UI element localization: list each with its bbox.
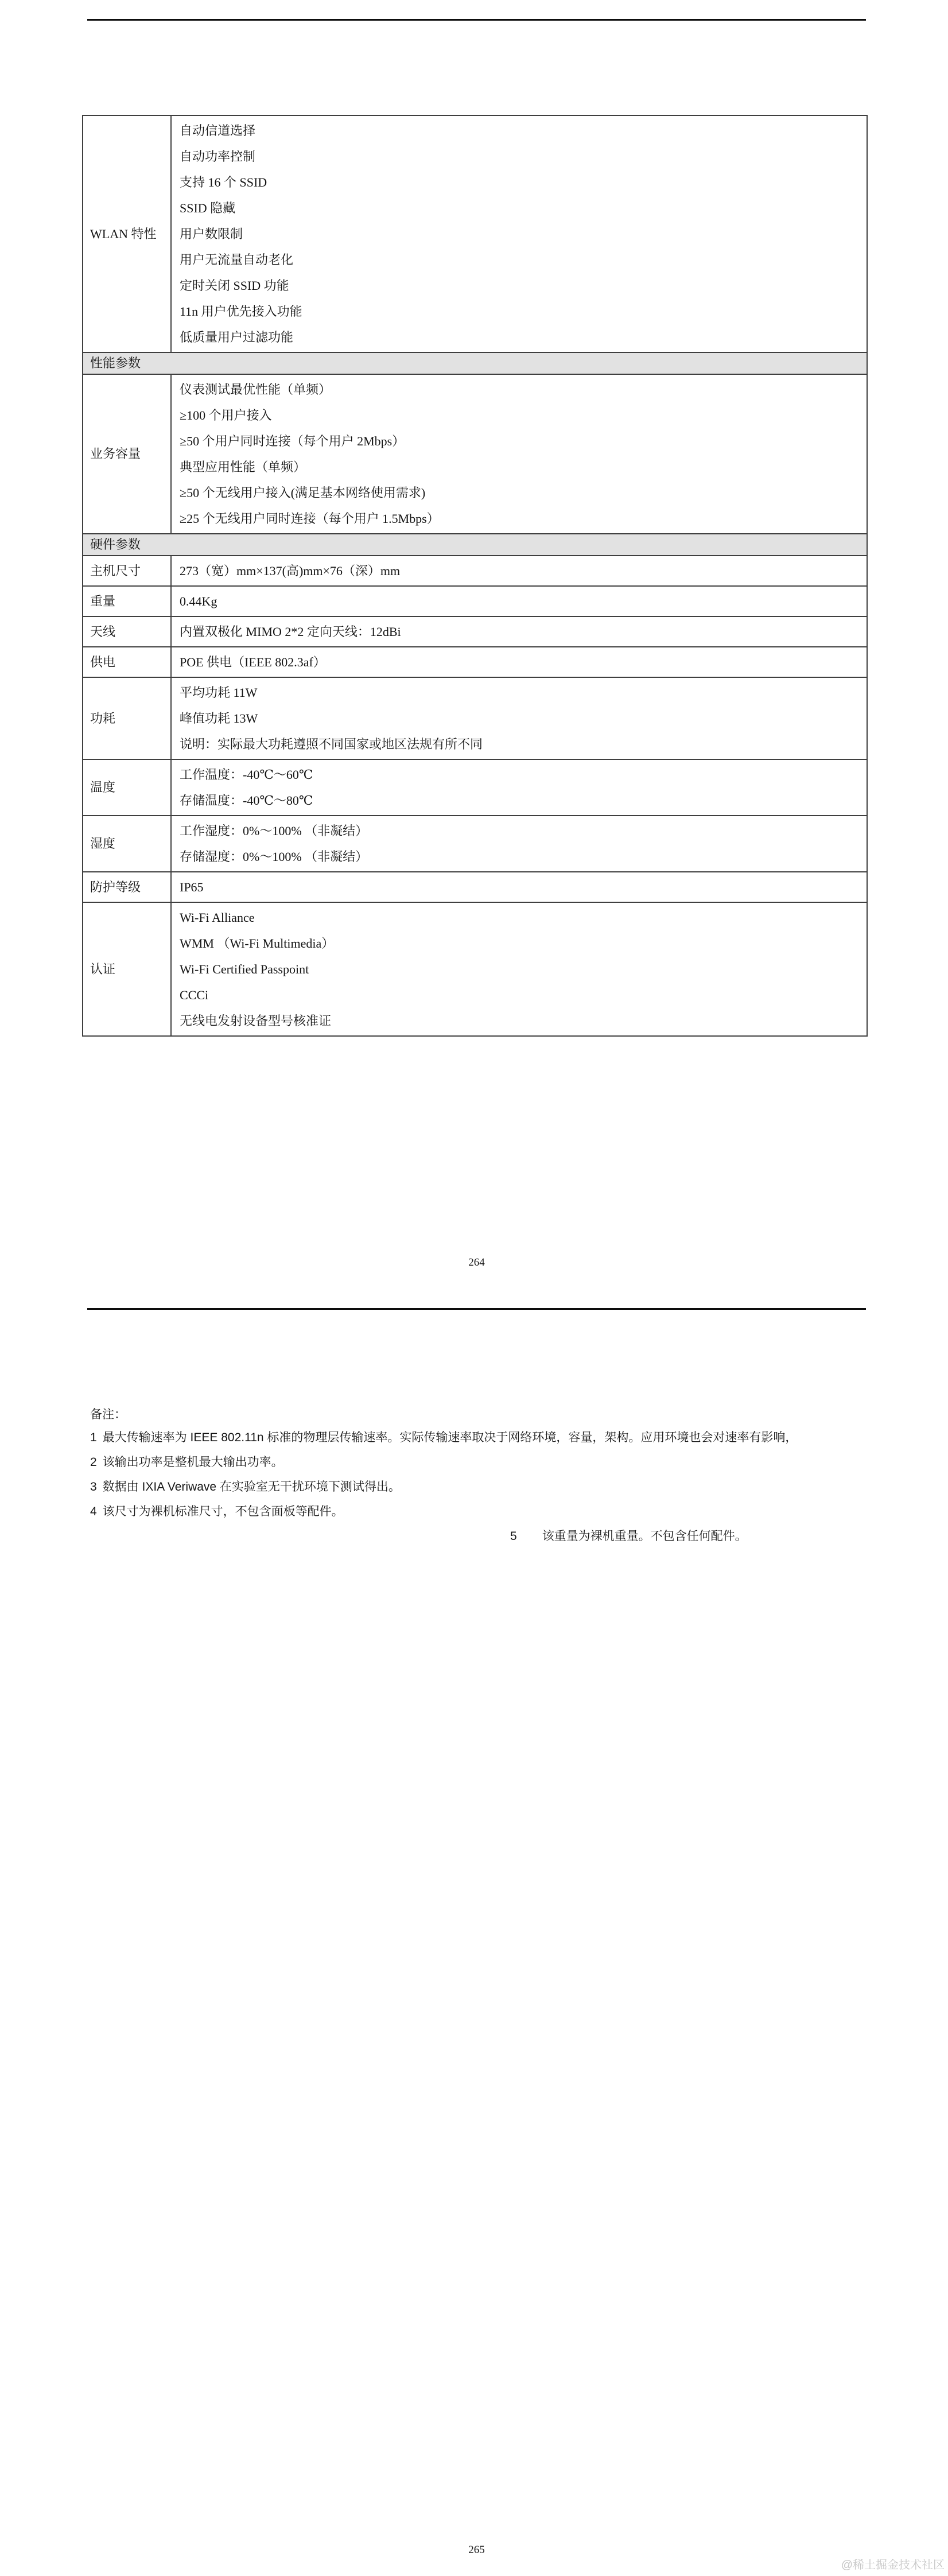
- row-value-certification: Wi-Fi Alliance WMM （Wi-Fi Multimedia） Wi…: [171, 902, 867, 1036]
- row-label-antenna: 天线: [83, 616, 171, 647]
- page-top-rule: [87, 19, 866, 21]
- note-item-5: 5该重量为裸机重量。不包含任何配件。: [510, 1527, 874, 1546]
- cell-line: 0.44Kg: [180, 588, 861, 614]
- cell-line: 自动功率控制: [180, 143, 861, 169]
- cell-line: 峰值功耗 13W: [180, 705, 861, 731]
- cell-line: 说明：实际最大功耗遵照不同国家或地区法规有所不同: [180, 731, 861, 757]
- cell-line: 自动信道选择: [180, 118, 861, 143]
- row-value-power-supply: POE 供电（IEEE 802.3af）: [171, 647, 867, 677]
- note-item-4: 4该尺寸为裸机标准尺寸，不包含面板等配件。: [90, 1502, 874, 1522]
- cell-line: ≥100 个用户接入: [180, 402, 861, 428]
- cell-line: ≥50 个用户同时连接（每个用户 2Mbps）: [180, 428, 861, 454]
- spec-table: WLAN 特性 自动信道选择 自动功率控制 支持 16 个 SSID SSID …: [82, 115, 868, 1037]
- cell-line: CCCi: [180, 982, 861, 1008]
- cell-line: 平均功耗 11W: [180, 680, 861, 705]
- section-header-hardware: 硬件参数: [83, 534, 867, 556]
- row-value-weight: 0.44Kg: [171, 586, 867, 616]
- cell-line: WMM （Wi-Fi Multimedia）: [180, 930, 861, 956]
- row-label-capacity: 业务容量: [83, 374, 171, 534]
- cell-line: POE 供电（IEEE 802.3af）: [180, 649, 861, 675]
- row-value-protection: IP65: [171, 872, 867, 902]
- page-number-265: 265: [87, 2542, 866, 2558]
- table-row-dimensions: 主机尺寸 273（宽）mm×137(高)mm×76（深）mm: [83, 556, 867, 586]
- table-row-performance-header: 性能参数: [83, 352, 867, 374]
- cell-line: 无线电发射设备型号核准证: [180, 1008, 861, 1034]
- page-separator-rule: [87, 1308, 866, 1310]
- cell-line: 用户数限制: [180, 221, 861, 247]
- table-row-protection: 防护等级 IP65: [83, 872, 867, 902]
- note-number: 5: [510, 1527, 517, 1546]
- watermark-text: @稀土掘金技术社区: [841, 2555, 945, 2572]
- note-text: 该输出功率是整机最大输出功率。: [103, 1456, 283, 1469]
- notes-title: 备注：: [90, 1405, 874, 1425]
- row-value-temperature: 工作温度：-40℃～60℃ 存储温度：-40℃～80℃: [171, 759, 867, 816]
- note-item-3: 3数据由 IXIA Veriwave 在实验室无干扰环境下测试得出。: [90, 1477, 874, 1497]
- row-value-antenna: 内置双极化 MIMO 2*2 定向天线：12dBi: [171, 616, 867, 647]
- table-row-power-consumption: 功耗 平均功耗 11W 峰值功耗 13W 说明：实际最大功耗遵照不同国家或地区法…: [83, 677, 867, 759]
- table-row-antenna: 天线 内置双极化 MIMO 2*2 定向天线：12dBi: [83, 616, 867, 647]
- cell-line: 11n 用户优先接入功能: [180, 298, 861, 324]
- document-page: WLAN 特性 自动信道选择 自动功率控制 支持 16 个 SSID SSID …: [0, 0, 948, 2576]
- note-text: 该重量为裸机重量。不包含任何配件。: [542, 1530, 747, 1543]
- row-label-wlan: WLAN 特性: [83, 115, 171, 352]
- cell-line: 存储温度：-40℃～80℃: [180, 787, 861, 813]
- table-row-capacity: 业务容量 仪表测试最优性能（单频） ≥100 个用户接入 ≥50 个用户同时连接…: [83, 374, 867, 534]
- cell-line: Wi-Fi Certified Passpoint: [180, 956, 861, 982]
- cell-line: SSID 隐藏: [180, 195, 861, 221]
- row-label-protection: 防护等级: [83, 872, 171, 902]
- table-row-wlan-features: WLAN 特性 自动信道选择 自动功率控制 支持 16 个 SSID SSID …: [83, 115, 867, 352]
- note-item-1: 1最大传输速率为 IEEE 802.11n 标准的物理层传输速率。实际传输速率取…: [90, 1428, 874, 1448]
- cell-line: 工作湿度：0%～100% （非凝结）: [180, 818, 861, 844]
- table-row-certification: 认证 Wi-Fi Alliance WMM （Wi-Fi Multimedia）…: [83, 902, 867, 1036]
- cell-line: 定时关闭 SSID 功能: [180, 273, 861, 298]
- row-label-humidity: 湿度: [83, 816, 171, 872]
- row-value-capacity: 仪表测试最优性能（单频） ≥100 个用户接入 ≥50 个用户同时连接（每个用户…: [171, 374, 867, 534]
- table-row-weight: 重量 0.44Kg: [83, 586, 867, 616]
- row-label-power-supply: 供电: [83, 647, 171, 677]
- note-text: 该尺寸为裸机标准尺寸，不包含面板等配件。: [103, 1505, 344, 1518]
- cell-line: 工作温度：-40℃～60℃: [180, 762, 861, 787]
- table-row-temperature: 温度 工作温度：-40℃～60℃ 存储温度：-40℃～80℃: [83, 759, 867, 816]
- row-value-power-consumption: 平均功耗 11W 峰值功耗 13W 说明：实际最大功耗遵照不同国家或地区法规有所…: [171, 677, 867, 759]
- note-number: 2: [90, 1453, 97, 1472]
- note-number: 4: [90, 1502, 97, 1522]
- note-text: 数据由 IXIA Veriwave 在实验室无干扰环境下测试得出。: [103, 1480, 401, 1493]
- cell-line: 典型应用性能（单频）: [180, 454, 861, 480]
- cell-line: Wi-Fi Alliance: [180, 905, 861, 930]
- row-label-certification: 认证: [83, 902, 171, 1036]
- cell-line: 仪表测试最优性能（单频）: [180, 377, 861, 402]
- page-number-264: 264: [87, 1255, 866, 1271]
- cell-line: 支持 16 个 SSID: [180, 169, 861, 195]
- cell-line: ≥25 个无线用户同时连接（每个用户 1.5Mbps）: [180, 506, 861, 532]
- cell-line: 内置双极化 MIMO 2*2 定向天线：12dBi: [180, 619, 861, 645]
- cell-line: 存储湿度：0%～100% （非凝结）: [180, 844, 861, 870]
- row-label-dimensions: 主机尺寸: [83, 556, 171, 586]
- cell-line: 低质量用户过滤功能: [180, 324, 861, 350]
- row-label-weight: 重量: [83, 586, 171, 616]
- row-value-humidity: 工作湿度：0%～100% （非凝结） 存储湿度：0%～100% （非凝结）: [171, 816, 867, 872]
- row-label-power-consumption: 功耗: [83, 677, 171, 759]
- section-header-performance: 性能参数: [83, 352, 867, 374]
- row-value-wlan: 自动信道选择 自动功率控制 支持 16 个 SSID SSID 隐藏 用户数限制…: [171, 115, 867, 352]
- table-row-hardware-header: 硬件参数: [83, 534, 867, 556]
- cell-line: IP65: [180, 874, 861, 900]
- note-number: 1: [90, 1428, 97, 1448]
- note-number: 3: [90, 1477, 97, 1497]
- note-text: 最大传输速率为 IEEE 802.11n 标准的物理层传输速率。实际传输速率取决…: [103, 1431, 798, 1444]
- notes-section: 备注： 1最大传输速率为 IEEE 802.11n 标准的物理层传输速率。实际传…: [90, 1405, 874, 1551]
- table-row-humidity: 湿度 工作湿度：0%～100% （非凝结） 存储湿度：0%～100% （非凝结）: [83, 816, 867, 872]
- cell-line: 273（宽）mm×137(高)mm×76（深）mm: [180, 558, 861, 584]
- note-item-2: 2该输出功率是整机最大输出功率。: [90, 1453, 874, 1472]
- table-row-power-supply: 供电 POE 供电（IEEE 802.3af）: [83, 647, 867, 677]
- row-value-dimensions: 273（宽）mm×137(高)mm×76（深）mm: [171, 556, 867, 586]
- row-label-temperature: 温度: [83, 759, 171, 816]
- cell-line: ≥50 个无线用户接入(满足基本网络使用需求): [180, 480, 861, 506]
- cell-line: 用户无流量自动老化: [180, 247, 861, 273]
